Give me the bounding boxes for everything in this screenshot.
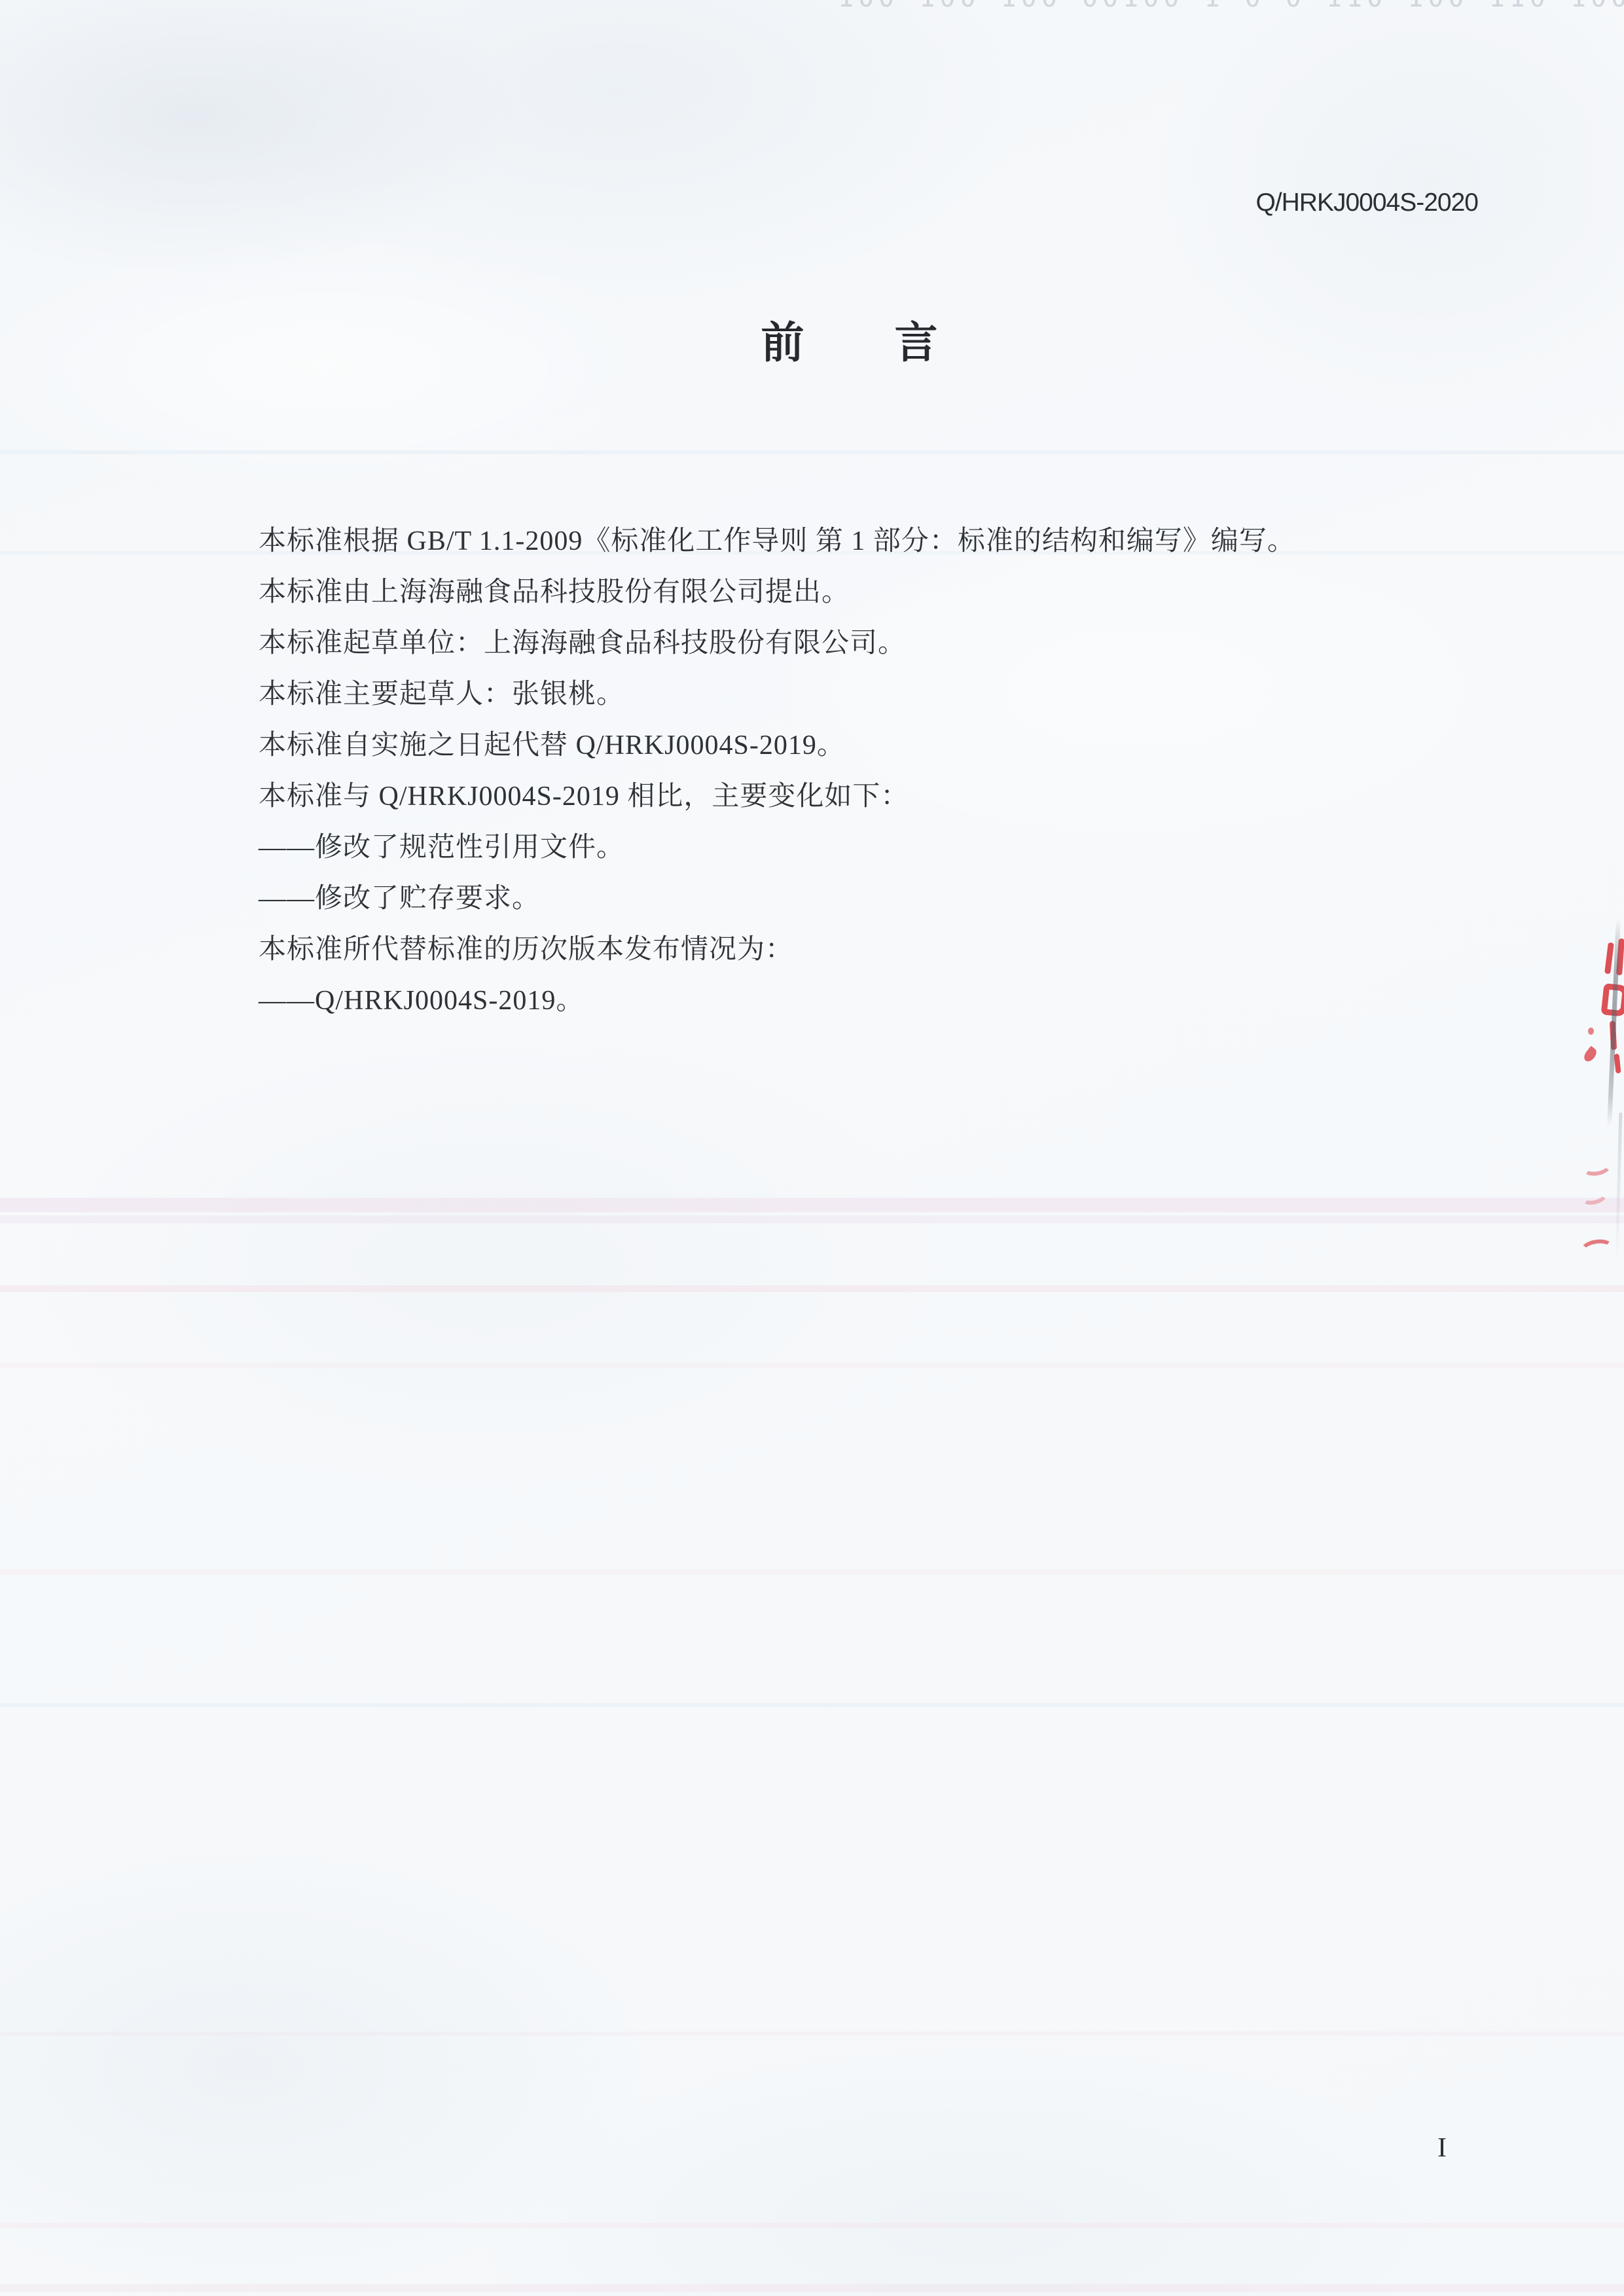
paragraph-drafting-unit: 本标准起草单位：上海海融食品科技股份有限公司。 xyxy=(259,618,1428,669)
scan-streak xyxy=(0,1215,1624,1223)
paragraph-basis: 本标准根据 GB/T 1.1-2009《标准化工作导则 第 1 部分：标准的结构… xyxy=(259,516,1428,567)
scan-streak xyxy=(0,2284,1624,2292)
scan-artifact-top-digits: 100 100 100 00100 1*0 0 110 100 110 100 … xyxy=(838,0,1624,13)
red-ink-mark xyxy=(1579,1238,1615,1262)
paragraph-changes-intro: 本标准与 Q/HRKJ0004S-2019 相比，主要变化如下： xyxy=(259,771,1428,822)
scan-streak xyxy=(0,2223,1624,2228)
page-number: I xyxy=(1437,2132,1447,2164)
scan-artifact-top-digits-text: 100 100 100 00100 1*0 0 110 100 110 100 … xyxy=(838,0,1624,13)
paragraph-replaces: 本标准自实施之日起代替 Q/HRKJ0004S-2019。 xyxy=(259,720,1428,771)
paragraph-history-intro: 本标准所代替标准的历次版本发布情况为： xyxy=(259,924,1428,975)
scan-streak xyxy=(0,1285,1624,1292)
paragraph-change-item-2: ——修改了贮存要求。 xyxy=(259,873,1428,924)
page-edge-shadow xyxy=(1615,1113,1623,1283)
stamp-stroke xyxy=(1588,1028,1594,1035)
stamp-stroke xyxy=(1582,1046,1599,1064)
paragraph-history-item: ——Q/HRKJ0004S-2019。 xyxy=(259,975,1428,1026)
scanned-document: { "header": { "doc_code": "Q/HRKJ0004S-2… xyxy=(0,0,1624,2296)
scan-streak xyxy=(0,2032,1624,2036)
red-ink-mark xyxy=(1578,1184,1609,1207)
scan-streak xyxy=(0,1198,1624,1212)
scan-streak xyxy=(0,1570,1624,1575)
doc-code: Q/HRKJ0004S-2020 xyxy=(1255,188,1478,217)
page-title: 前 言 xyxy=(38,308,1624,370)
red-ink-mark xyxy=(1580,1155,1613,1178)
stamp-stroke xyxy=(1614,1054,1621,1074)
scan-streak xyxy=(0,450,1624,454)
scan-streak xyxy=(0,1703,1624,1707)
stamp-stroke xyxy=(1604,942,1614,975)
paragraph-change-item-1: ——修改了规范性引用文件。 xyxy=(259,822,1428,873)
foreword-body: 本标准根据 GB/T 1.1-2009《标准化工作导则 第 1 部分：标准的结构… xyxy=(259,516,1428,1026)
paragraph-proposed-by: 本标准由上海海融食品科技股份有限公司提出。 xyxy=(259,567,1428,618)
scan-streak xyxy=(0,1363,1624,1368)
paragraph-drafters: 本标准主要起草人：张银桃。 xyxy=(259,669,1428,720)
